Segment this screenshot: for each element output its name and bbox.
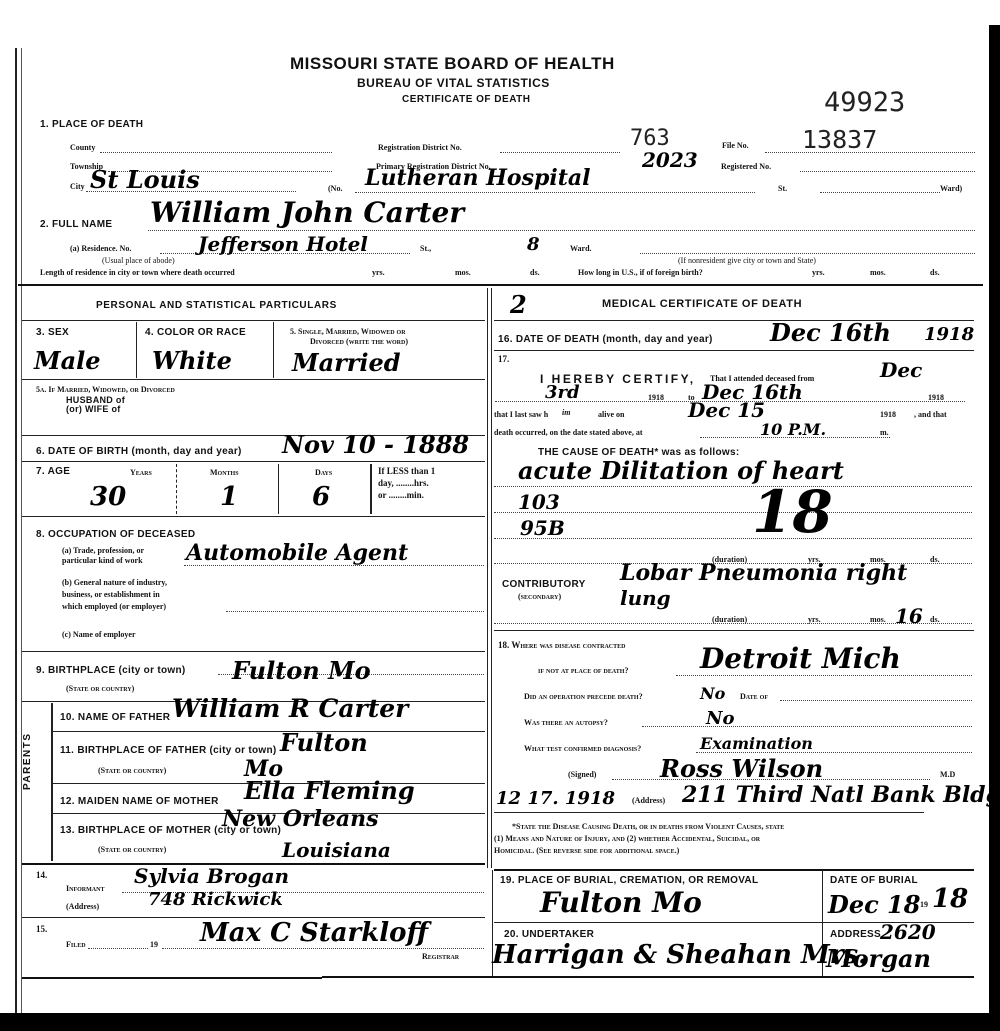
father-birthplace-city: Fulton <box>280 728 368 757</box>
duration-label-2: (duration) <box>712 615 747 624</box>
mother-name-label: 12. MAIDEN NAME OF MOTHER <box>60 796 219 807</box>
usual-place-note: (Usual place of abode) <box>102 256 175 265</box>
registration-district-label: Registration District No. <box>378 143 462 152</box>
file-no-value: 13837 <box>802 125 877 154</box>
foreign-mos-label: mos. <box>870 268 886 277</box>
duration-yrs-2: yrs. <box>808 615 821 624</box>
date-of-line <box>780 700 972 701</box>
sex-race-divider <box>136 322 137 378</box>
occupation-b-label-2: business, or establishment in <box>62 590 160 599</box>
occupation-heading: 8. OCCUPATION OF DECEASED <box>36 529 195 540</box>
residence-st-label: St., <box>420 244 431 253</box>
county-line <box>100 152 332 153</box>
annotation-18: 18 <box>752 478 833 546</box>
ward-line <box>820 192 940 193</box>
cause-line-3 <box>494 538 972 539</box>
full-name-label: 2. FULL NAME <box>40 219 112 230</box>
years-label: Years <box>130 468 152 477</box>
months-days-divider <box>278 464 279 514</box>
length-ds-label: ds. <box>530 268 540 277</box>
row-line-7 <box>22 516 485 517</box>
years-months-divider <box>176 464 177 514</box>
date-of-death-year: 1918 <box>924 324 974 345</box>
death-occurred-text: death occurred, on the date stated above… <box>494 428 643 437</box>
registrar-label: Registrar <box>422 952 459 961</box>
undertaker-value: Harrigan & Sheahan Mrs. <box>492 940 867 970</box>
medical-heading: MEDICAL CERTIFICATE OF DEATH <box>602 298 802 310</box>
residence-value: Jefferson Hotel <box>198 232 368 256</box>
nonresident-line <box>640 253 975 254</box>
autopsy-value: No <box>706 708 734 729</box>
signed-label: (Signed) <box>568 770 596 779</box>
county-label: County <box>70 143 95 152</box>
marital-value: Married <box>292 348 401 377</box>
occupation-a-label-1: (a) Trade, profession, or <box>62 546 144 555</box>
left-border <box>15 48 22 1023</box>
registered-no-label: Registered No. <box>721 162 771 171</box>
operation-label: Did an operation precede death? <box>524 692 643 701</box>
test-label: What test confirmed diagnosis? <box>524 744 641 753</box>
informant-label: Informant <box>66 884 104 893</box>
stamp-number: 49923 <box>824 87 905 118</box>
row-line-16 <box>494 350 974 351</box>
burial-place-value: Fulton Mo <box>540 886 702 919</box>
date-of-death-value: Dec 16th <box>770 318 891 347</box>
undertaker-address-value-1: 2620 <box>880 920 936 944</box>
occupation-b-label-3: which employed (or employer) <box>62 602 166 611</box>
ward-label: Ward) <box>940 184 962 193</box>
informant-address-value: 748 Rickwick <box>148 889 283 910</box>
last-saw-date: Dec 15 <box>688 398 765 422</box>
institution-line <box>355 192 755 193</box>
age-months-value: 1 <box>220 482 238 512</box>
row-line-5 <box>22 379 485 380</box>
sex-label: 3. SEX <box>36 327 69 338</box>
attended-from-year: 1918 <box>648 393 664 402</box>
registrar-line <box>162 948 484 949</box>
length-yrs-label: yrs. <box>372 268 385 277</box>
medical-heading-line <box>494 320 974 321</box>
institution-prefix: (No. <box>328 184 342 193</box>
file-no-label: File No. <box>722 141 749 150</box>
row-line-signed <box>494 812 924 813</box>
spouse-label-1: 5a. If Married, Widowed, or Divorced <box>36 385 175 394</box>
less-hrs-label: day, ........hrs. <box>378 478 429 488</box>
race-value: White <box>152 346 232 375</box>
mother-birthplace-city: New Orleans <box>222 806 378 832</box>
filed-label: Filed <box>66 940 86 949</box>
last-saw-year: 1918 <box>880 410 896 419</box>
foreign-ds-label: ds. <box>930 268 940 277</box>
full-name-value: William John Carter <box>150 196 464 229</box>
marital-label-1: 5. Single, Married, Widowed or <box>290 327 406 336</box>
date-of-death-label: 16. DATE OF DEATH (month, day and year) <box>498 334 713 345</box>
burial-date-label: DATE OF BURIAL <box>830 875 918 886</box>
less-than-1-label: If LESS than 1 <box>378 466 435 476</box>
foreign-yrs-label: yrs. <box>812 268 825 277</box>
contributory-value-2: lung <box>620 586 671 610</box>
institution-value: Lutheran Hospital <box>365 165 590 191</box>
mother-birthplace-state: Louisiana <box>282 838 391 862</box>
undertaker-address-value-2: Morgan <box>826 944 931 973</box>
row-line-8 <box>22 651 485 652</box>
physician-address-label: (Address) <box>632 796 665 805</box>
registered-no-line <box>800 171 975 172</box>
length-mos-label: mos. <box>455 268 471 277</box>
column-divider-a <box>487 288 488 868</box>
signed-date: 12 17. 1918 <box>496 788 615 809</box>
mother-birthplace-state-label: (State or country) <box>98 845 166 854</box>
signed-value: Ross Wilson <box>660 754 823 783</box>
birthplace-state-label: (State or country) <box>66 684 134 693</box>
father-birthplace-state-label: (State or country) <box>98 766 166 775</box>
scan-edge-right <box>989 25 1000 1031</box>
months-label: Months <box>210 468 239 477</box>
occupation-a-label-2: particular kind of work <box>62 556 143 565</box>
filed-year: 19 <box>150 940 158 949</box>
attended-to-year: 1918 <box>928 393 944 402</box>
bottom-line-right <box>322 976 974 978</box>
street-label: St. <box>778 184 787 193</box>
death-time-value: 10 P.M. <box>760 420 826 439</box>
informant-number: 14. <box>36 870 47 880</box>
personal-heading: PERSONAL AND STATISTICAL PARTICULARS <box>96 300 337 311</box>
length-of-residence-label: Length of residence in city or town wher… <box>40 268 235 277</box>
filing-number: 15. <box>36 924 47 934</box>
contributory-label: CONTRIBUTORY <box>502 579 586 590</box>
age-years-value: 30 <box>90 482 126 512</box>
filed-line <box>88 948 148 949</box>
occupation-a-value: Automobile Agent <box>186 540 408 566</box>
row-line-17 <box>494 630 974 631</box>
days-label: Days <box>315 468 332 477</box>
parents-divider <box>51 703 53 861</box>
last-saw-text: that I last saw h <box>494 410 548 419</box>
and-that-text: , and that <box>914 410 947 419</box>
death-time-m: m. <box>880 428 889 437</box>
footnote-line-3: Homicidal. (See reverse side for additio… <box>494 846 679 855</box>
date-of-label: Date of <box>740 692 768 701</box>
contributory-value-1: Lobar Pneumonia right <box>620 560 907 586</box>
bottom-line-left <box>22 977 322 979</box>
duration-ds-1: ds. <box>930 555 940 564</box>
occupation-c-label: (c) Name of employer <box>62 630 136 639</box>
spouse-label-3: (or) WIFE of <box>66 404 121 414</box>
physician-address-value: 211 Third Natl Bank Bldg <box>682 782 1000 808</box>
code-1: 103 <box>518 490 560 514</box>
primary-registration-value: 2023 <box>642 148 698 172</box>
alive-on-label: alive on <box>598 410 624 419</box>
burial-date-year: 18 <box>932 884 968 914</box>
burial-date-year-prefix: 19 <box>920 900 928 909</box>
undertaker-address-label: ADDRESS <box>830 929 881 940</box>
sex-value: Male <box>34 346 101 375</box>
marital-label-2: Divorced (write the word) <box>310 337 408 346</box>
document-title: MISSOURI STATE BOARD OF HEALTH <box>290 54 615 74</box>
attended-from-day: 3rd <box>545 382 580 403</box>
last-saw-pronoun: im <box>562 408 570 417</box>
footnote-line-1: *State the Disease Causing Death, or in … <box>512 822 784 831</box>
race-label: 4. COLOR OR RACE <box>145 327 246 338</box>
occupation-b-label-1: (b) General nature of industry, <box>62 578 167 587</box>
foreign-birth-label: How long in U.S., if of foreign birth? <box>578 268 703 277</box>
row-line-6 <box>22 461 485 462</box>
footnote-line-2: (1) Means and Nature of Injury, and (2) … <box>494 834 760 843</box>
duration-mos-2: mos. <box>870 615 886 624</box>
informant-address-label: (Address) <box>66 902 99 911</box>
place-of-death-heading: 1. PLACE OF DEATH <box>40 119 143 130</box>
autopsy-line <box>642 726 972 727</box>
days-less-divider <box>370 464 372 514</box>
burial-date-value: Dec 18 <box>828 890 920 919</box>
age-label: 7. AGE <box>36 466 70 477</box>
residence-ward-label: Ward. <box>570 244 592 253</box>
full-name-line <box>148 230 975 231</box>
cause-line-2 <box>494 512 972 513</box>
dob-label: 6. DATE OF BIRTH (month, day and year) <box>36 446 242 457</box>
form-name: CERTIFICATE OF DEATH <box>402 94 531 105</box>
code-2: 95B <box>520 516 565 540</box>
race-marital-divider <box>273 322 274 378</box>
duration-ds-2: ds. <box>930 615 940 624</box>
informant-value: Sylvia Brogan <box>134 864 289 888</box>
father-birthplace-label: 11. BIRTHPLACE OF FATHER (city or town) <box>60 745 277 756</box>
city-label: City <box>70 182 85 191</box>
registration-district-line <box>500 152 620 153</box>
occupation-b-line <box>226 611 484 612</box>
undertaker-label: 20. UNDERTAKER <box>504 929 594 940</box>
secondary-label: (secondary) <box>518 592 561 601</box>
test-value: Examination <box>700 734 813 753</box>
birthplace-value: Fulton Mo <box>232 656 371 685</box>
personal-heading-line <box>22 320 485 321</box>
residence-label: (a) Residence. No. <box>70 244 131 253</box>
autopsy-label: Was there an autopsy? <box>524 718 608 727</box>
section-divider <box>18 284 983 286</box>
mother-name-value: Ella Fleming <box>244 776 415 805</box>
city-value: St Louis <box>90 165 200 194</box>
parents-side-label: PARENTS <box>22 732 33 790</box>
contracted-label: 18. Where was disease contracted <box>498 640 625 650</box>
md-label: M.D <box>940 770 955 779</box>
dob-value: Nov 10 - 1888 <box>282 430 469 459</box>
contracted-value: Detroit Mich <box>700 642 901 675</box>
residence-ward-value: 8 <box>527 234 540 255</box>
attended-from-month: Dec <box>880 358 922 382</box>
operation-value: No <box>700 684 725 703</box>
less-min-label: or ........min. <box>378 490 424 500</box>
item-17-number: 17. <box>498 354 509 364</box>
tick-mark: 2 <box>510 290 527 319</box>
column-divider-b <box>491 288 492 868</box>
birthplace-label: 9. BIRTHPLACE (city or town) <box>36 665 186 676</box>
burial-top-line <box>494 869 974 871</box>
not-at-place-label: if not at place of death? <box>538 666 628 675</box>
cause-line-1 <box>494 486 972 487</box>
contributory-duration-days: 16 <box>895 604 923 628</box>
row-line-10 <box>53 731 485 732</box>
age-days-value: 6 <box>312 482 330 512</box>
contracted-line <box>676 675 972 676</box>
burial-place-label: 19. PLACE OF BURIAL, CREMATION, OR REMOV… <box>500 875 758 886</box>
document-subtitle: BUREAU OF VITAL STATISTICS <box>357 76 550 90</box>
registrar-value: Max C Starkloff <box>200 918 428 948</box>
nonresident-note: (If nonresident give city or town and St… <box>678 256 816 265</box>
father-name-label: 10. NAME OF FATHER <box>60 712 170 723</box>
scan-edge-bottom <box>0 1013 1000 1031</box>
father-name-value: William R Carter <box>172 694 408 723</box>
